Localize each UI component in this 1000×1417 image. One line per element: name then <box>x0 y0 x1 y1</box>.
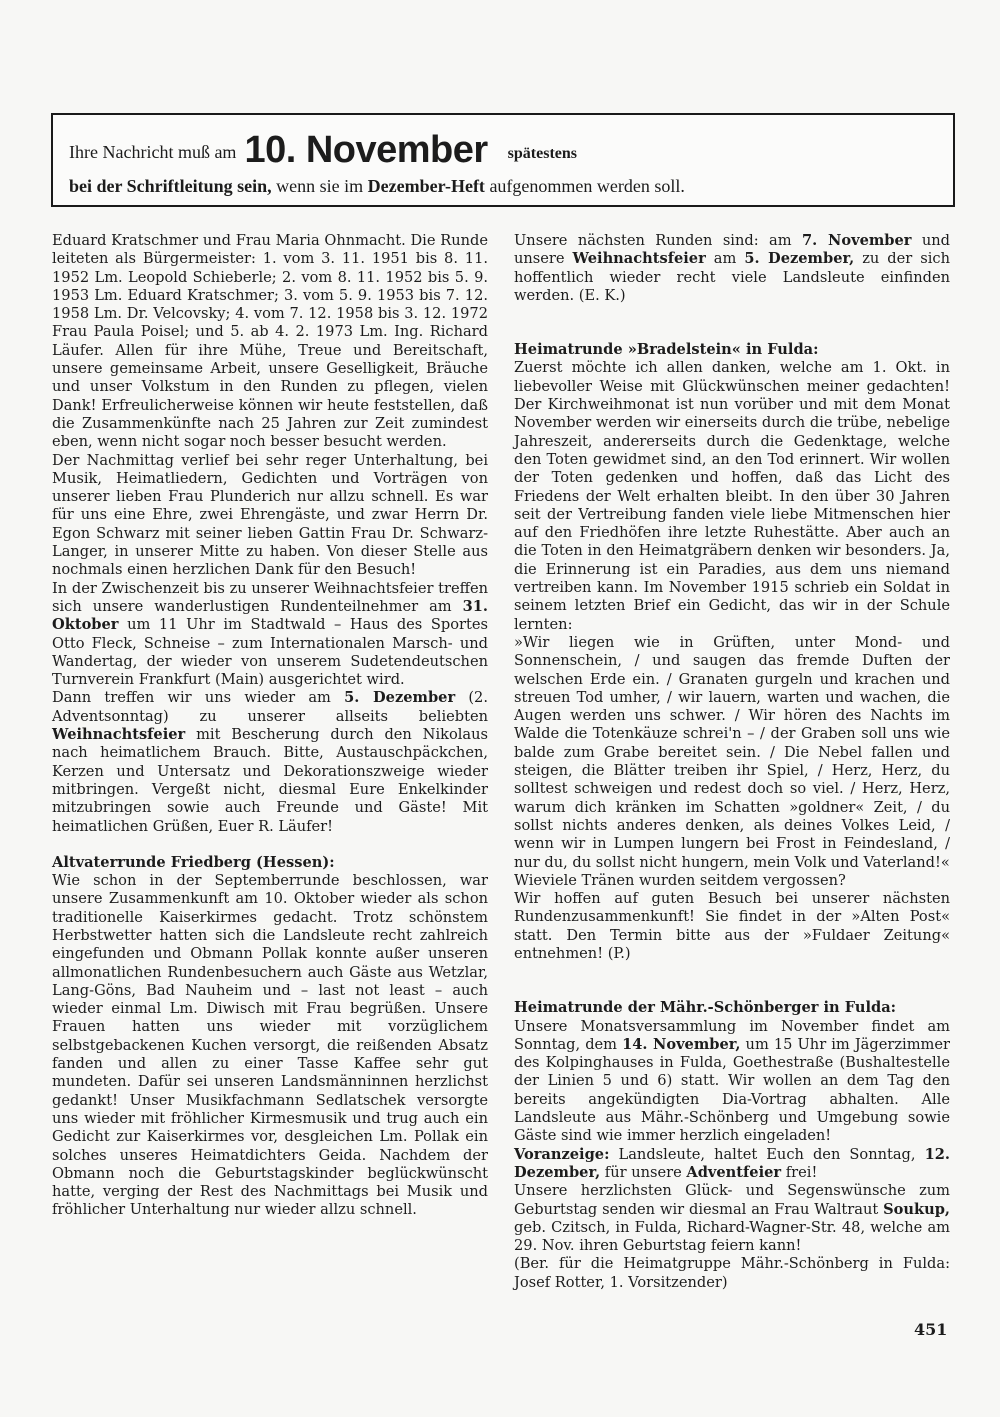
paragraph: (Ber. für die Heimatgruppe Mähr.-Schönbe… <box>514 1255 950 1292</box>
paragraph: Voranzeige: Landsleute, haltet Euch den … <box>514 1146 950 1183</box>
notice-bold-1: bei der Schriftleitung sein, <box>69 176 272 196</box>
notice-bold-2: Dezember-Heft <box>368 176 485 196</box>
text: frei! <box>781 1164 817 1181</box>
bold-date: 14. November, <box>622 1036 740 1053</box>
poem: »Wir liegen wie in Grüften, unter Mond- … <box>514 634 950 872</box>
bold-date: 5. Dezember, <box>744 250 854 267</box>
paragraph: Zuerst möchte ich allen danken, welche a… <box>514 359 950 633</box>
paragraph: Dann treffen wir uns wieder am 5. Dezemb… <box>52 689 488 835</box>
paragraph: Der Nachmittag verlief bei sehr reger Un… <box>52 452 488 580</box>
text: geb. Czitsch, in Fulda, Richard-Wagner-S… <box>514 1219 950 1254</box>
bold-date: 7. November <box>802 232 912 249</box>
notice-date: 10. November <box>244 129 487 171</box>
paragraph: Wie schon in der Septemberrunde beschlos… <box>52 872 488 1220</box>
notice-end: aufgenommen werden soll. <box>485 176 685 196</box>
right-column: Unsere nächsten Runden sind: am 7. Novem… <box>514 232 950 1292</box>
bold-date: 5. Dezember <box>344 689 455 706</box>
notice-line-1: Ihre Nachricht muß am10. Novemberspätest… <box>69 129 577 172</box>
page-number: 451 <box>914 1320 947 1339</box>
spacer <box>52 836 488 854</box>
bold-event: Weihnachtsfeier <box>573 250 706 267</box>
section-heading: Heimatrunde der Mähr.-Schönberger in Ful… <box>514 999 950 1017</box>
notice-line-2: bei der Schriftleitung sein, wenn sie im… <box>69 176 685 197</box>
paragraph: Unsere herzlichsten Glück- und Segenswün… <box>514 1182 950 1255</box>
text: Landsleute, haltet Euch den Sonntag, <box>609 1146 924 1163</box>
notice-post: spätestens <box>508 145 577 162</box>
bold-name: Soukup, <box>883 1201 950 1218</box>
spacer <box>514 963 950 999</box>
deadline-notice-box: Ihre Nachricht muß am10. Novemberspätest… <box>51 113 955 207</box>
bold-event: Weihnachtsfeier <box>52 726 185 743</box>
paragraph: Eduard Kratschmer und Frau Maria Ohnmach… <box>52 232 488 452</box>
text: um 11 Uhr im Stadtwald – Haus des Sporte… <box>52 616 488 688</box>
text: am <box>706 250 745 267</box>
paragraph: In der Zwischenzeit bis zu unserer Weihn… <box>52 580 488 690</box>
notice-pre: Ihre Nachricht muß am <box>69 142 236 162</box>
text: In der Zwischenzeit bis zu unserer Weihn… <box>52 580 488 615</box>
paragraph: Wir hoffen auf guten Besuch bei unserer … <box>514 890 950 963</box>
section-heading: Altvaterrunde Friedberg (Hessen): <box>52 854 488 872</box>
text: Dann treffen wir uns wieder am <box>52 689 344 706</box>
section-heading: Heimatrunde »Bradelstein« in Fulda: <box>514 341 950 359</box>
paragraph: Unsere Monatsversammlung im November fin… <box>514 1018 950 1146</box>
left-column: Eduard Kratschmer und Frau Maria Ohnmach… <box>52 232 488 1220</box>
bold-label: Voranzeige: <box>514 1146 609 1163</box>
text: für unsere <box>600 1164 686 1181</box>
spacer <box>514 305 950 341</box>
text: Unsere nächsten Runden sind: am <box>514 232 802 249</box>
bold-event: Adventfeier <box>686 1164 781 1181</box>
paragraph: Unsere nächsten Runden sind: am 7. Novem… <box>514 232 950 305</box>
notice-mid: wenn sie im <box>272 176 368 196</box>
paragraph: Wieviele Tränen wurden seitdem vergossen… <box>514 872 950 890</box>
